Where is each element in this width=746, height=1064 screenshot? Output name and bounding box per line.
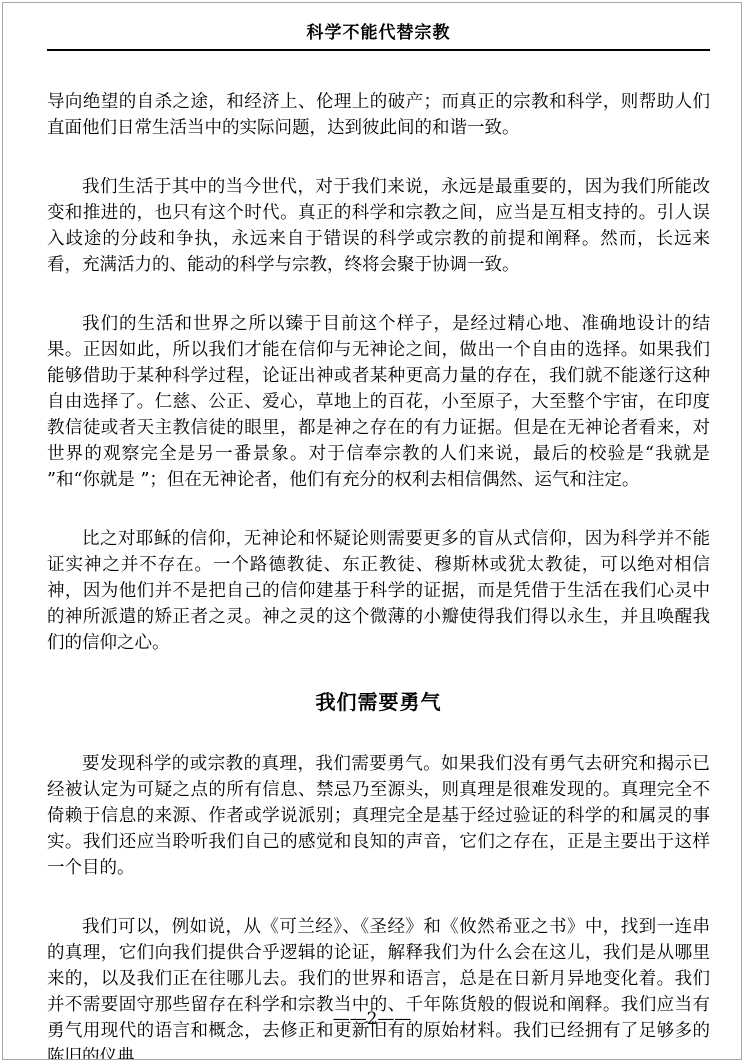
paragraph-courage-truth: 要发现科学的或宗教的真理，我们需要勇气。如果我们没有勇气去研究和揭示已经被认定为… [47, 751, 710, 881]
paragraph-present-age: 我们生活于其中的当今世代，对于我们来说，永远是最重要的，因为我们所能改变和推进的… [47, 174, 710, 278]
document-title: 科学不能代替宗教 [47, 3, 710, 44]
paragraph-faith-vs-atheism: 比之对耶稣的信仰，无神论和怀疑论则需要更多的盲从式信仰，因为科学并不能证实神之并… [47, 526, 710, 656]
page-footer: ——2—— [3, 1009, 741, 1029]
paragraph-free-choice: 我们的生活和世界之所以臻于目前这个样子，是经过精心地、准确地设计的结果。正因如此… [47, 311, 710, 493]
page-content: 科学不能代替宗教 导向绝望的自杀之途，和经济上、伦理上的破产；而真正的宗教和科学… [3, 3, 741, 1060]
document-page: 科学不能代替宗教 导向绝望的自杀之途，和经济上、伦理上的破产；而真正的宗教和科学… [2, 2, 742, 1060]
header-rule [47, 49, 710, 51]
paragraph-continuation: 导向绝望的自杀之途，和经济上、伦理上的破产；而真正的宗教和科学，则帮助人们直面他… [47, 89, 710, 141]
section-heading: 我们需要勇气 [47, 689, 710, 715]
page-number: ——2—— [333, 1009, 412, 1029]
paragraph-scriptures: 我们可以，例如说，从《可兰经》、《圣经》和《攸然希亚之书》中，找到一连串的真理，… [47, 914, 710, 1060]
